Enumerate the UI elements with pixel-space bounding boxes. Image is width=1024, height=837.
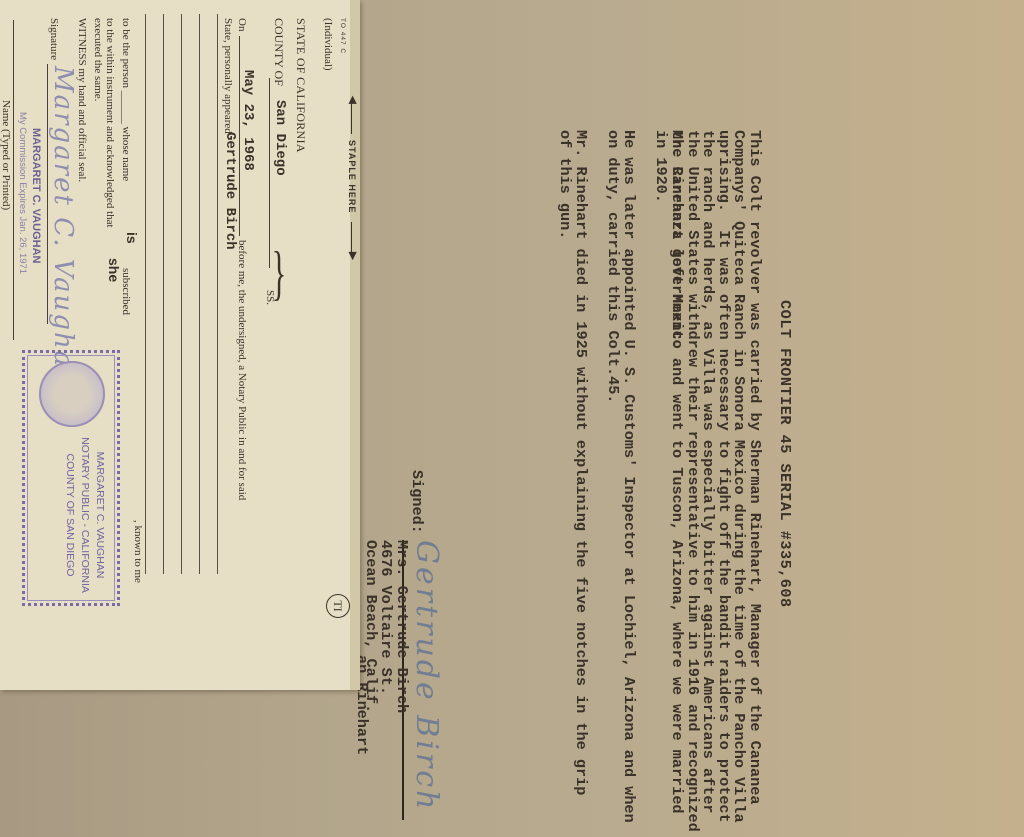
executed-text: executed the same. (92, 18, 104, 101)
notary-seal-stamp: MARGARET C. VAUGHAN NOTARY PUBLIC - CALI… (22, 350, 120, 606)
notary-handwritten-signature: Margaret C. Vaughan (48, 66, 78, 387)
ruled-line (145, 14, 146, 574)
arrow-left-icon: ◀ (347, 96, 358, 105)
known-to-me-text: , known to me (132, 520, 144, 583)
person-text: to be the person ______ whose name (120, 18, 132, 181)
ss-label: SS. (264, 290, 276, 305)
arrow-line (351, 100, 352, 134)
notary-form: TO 447 C (Individual) STATE OF CALIFORNI… (0, 0, 360, 690)
state-appeared-label: State, personally appeared (222, 18, 234, 134)
arrow-line (351, 222, 352, 256)
staple-label: STAPLE HERE (347, 140, 357, 213)
ruled-line (199, 14, 200, 574)
ti-logo-icon: TI (326, 594, 350, 618)
ruled-line (163, 14, 164, 574)
state-label: STATE OF CALIFORNIA (293, 18, 308, 153)
signed-label: Signed: (409, 470, 425, 534)
seal-text: MARGARET C. VAUGHAN NOTARY PUBLIC - CALI… (62, 435, 107, 595)
name-typed-label: Name (Typed or Printed) (0, 100, 12, 210)
letter-paragraph: Mr. Rinehart left Mexico and went to Tus… (653, 130, 684, 814)
name-line (13, 20, 14, 340)
county-value: San Diego (272, 100, 288, 176)
she-value: she (106, 258, 122, 282)
before-me-text: before me, the undersigned, a Notary Pub… (236, 240, 248, 500)
county-label: COUNTY OF (271, 18, 286, 86)
date-line (239, 36, 240, 236)
ruled-line (181, 14, 182, 574)
appeared-value: Gertrude Birch (222, 132, 238, 250)
commission-expiry: My Commission Expires Jan. 26, 1971 (17, 112, 28, 274)
arrow-right-icon: ▶ (347, 252, 358, 261)
letter-paragraph: He was later appointed U. S. Customs' In… (605, 130, 636, 823)
stamped-notary-name: MARGARET C. VAUGHAN (30, 128, 42, 263)
signature-label: Signature (48, 18, 60, 60)
letter-title: COLT FRONTIER 45 SERIAL #335,608 (777, 300, 793, 608)
seal-line: NOTARY PUBLIC - CALIFORNIA (77, 435, 92, 595)
state-seal-icon (39, 361, 105, 427)
seal-line: COUNTY OF SAN DIEGO (62, 435, 77, 595)
form-type: (Individual) (322, 18, 334, 71)
county-line (269, 78, 270, 268)
notary-acknowledgment-slip: TO 447 C (Individual) STATE OF CALIFORNI… (0, 0, 360, 690)
is-value: is (124, 232, 140, 244)
ruled-line (217, 14, 218, 574)
staple-here-marker: ◀ STAPLE HERE ▶ (340, 0, 360, 370)
within-instrument-text: to the within instrument and acknowledge… (104, 18, 116, 228)
letter-paragraph: Mr. Rinehart died in 1925 without explai… (557, 130, 588, 795)
seal-line: MARGARET C. VAUGHAN (92, 435, 107, 595)
on-label: On (236, 18, 248, 31)
date-value: May 23, 1968 (240, 70, 256, 171)
notary-signature-line (47, 64, 48, 324)
